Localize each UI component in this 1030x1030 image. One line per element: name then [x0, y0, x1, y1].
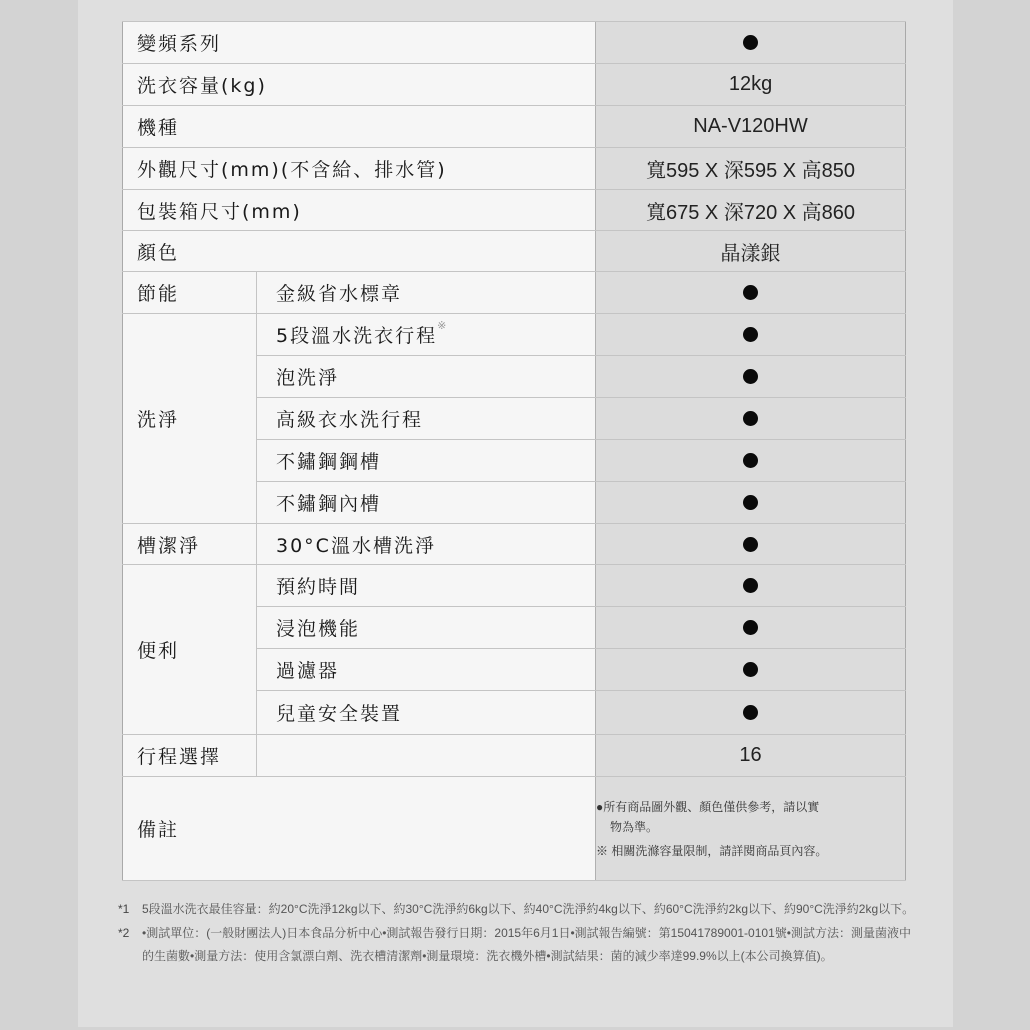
remark-line-1-cont: 物為準。: [596, 817, 905, 837]
spec-value: 16: [596, 735, 906, 777]
spec-label: 行程選擇: [123, 735, 257, 777]
dot-icon: [743, 453, 758, 468]
feature-value: [596, 565, 906, 607]
feature-label: 浸泡機能: [257, 607, 596, 649]
spec-label: 顏色: [123, 231, 596, 272]
dot-icon: [743, 285, 758, 300]
dot-icon: [743, 662, 758, 677]
spec-value: 寬675 X 深720 X 高860: [596, 190, 906, 231]
spec-row-color: 顏色 晶漾銀: [123, 231, 906, 272]
dot-icon: [743, 620, 758, 635]
spec-row-dimensions: 外觀尺寸(mm)(不含給、排水管) 寬595 X 深595 X 高850: [123, 148, 906, 190]
feature-value: [596, 607, 906, 649]
feature-row: 便利 預約時間: [123, 565, 906, 607]
feature-value: [596, 482, 906, 524]
spec-row-course-selection: 行程選擇 16: [123, 735, 906, 777]
feature-value: [596, 356, 906, 398]
footnote-2: *2 •測試單位：(一般財團法人)日本食品分析中心•測試報告發行日期：2015年…: [118, 922, 918, 969]
feature-label: 不鏽鋼內槽: [257, 482, 596, 524]
footnote-text: 5段溫水洗衣最佳容量：約20°C洗淨12kg以下、約30°C洗淨約6kg以下、約…: [142, 898, 918, 922]
spec-value: 寬595 X 深595 X 高850: [596, 148, 906, 190]
footnote-text: •測試單位：(一般財團法人)日本食品分析中心•測試報告發行日期：2015年6月1…: [142, 922, 918, 969]
dot-icon: [743, 411, 758, 426]
feature-value: [596, 524, 906, 565]
spec-row-capacity: 洗衣容量(kg) 12kg: [123, 64, 906, 106]
feature-value: [596, 314, 906, 356]
spec-row-model: 機種 NA-V120HW: [123, 106, 906, 148]
dot-icon: [743, 537, 758, 552]
feature-label: 泡洗淨: [257, 356, 596, 398]
spec-label: 洗衣容量(kg): [123, 64, 596, 106]
feature-label: 過濾器: [257, 649, 596, 691]
feature-value: [596, 649, 906, 691]
feature-label: 金級省水標章: [257, 272, 596, 314]
spec-value: 12kg: [596, 64, 906, 106]
spec-row-remarks: 備註 ●所有商品圖外觀、顏色僅供參考，請以實 物為準。 ※ 相關洗滌容量限制，請…: [123, 777, 906, 881]
feature-label: 預約時間: [257, 565, 596, 607]
spec-row-inverter-series: 變頻系列: [123, 22, 906, 64]
dot-icon: [743, 369, 758, 384]
spec-label: 外觀尺寸(mm)(不含給、排水管): [123, 148, 596, 190]
spec-row-package-dimensions: 包裝箱尺寸(mm) 寬675 X 深720 X 高860: [123, 190, 906, 231]
spec-label: 機種: [123, 106, 596, 148]
footnote-mark: *1: [118, 898, 142, 922]
footnotes: *1 5段溫水洗衣最佳容量：約20°C洗淨12kg以下、約30°C洗淨約6kg以…: [118, 898, 918, 969]
feature-value: [596, 691, 906, 735]
feature-value: [596, 398, 906, 440]
spec-table: 變頻系列 洗衣容量(kg) 12kg 機種 NA-V120HW 外觀尺寸(mm)…: [122, 21, 906, 881]
feature-row: 槽潔淨 30°C溫水槽洗淨: [123, 524, 906, 565]
feature-label: 不鏽鋼鋼槽: [257, 440, 596, 482]
dot-icon: [743, 578, 758, 593]
dot-icon: [743, 495, 758, 510]
remarks-label: 備註: [123, 777, 596, 881]
dot-icon: [743, 327, 758, 342]
feature-label: 高級衣水洗行程: [257, 398, 596, 440]
note-mark: ※: [437, 319, 446, 332]
feature-value: [596, 272, 906, 314]
remarks-value: ●所有商品圖外觀、顏色僅供參考，請以實 物為準。 ※ 相關洗滌容量限制，請詳閱商…: [596, 777, 906, 881]
feature-value: [596, 440, 906, 482]
category-energy-saving: 節能: [123, 272, 257, 314]
category-convenience: 便利: [123, 565, 257, 735]
spec-value: NA-V120HW: [596, 106, 906, 148]
spec-label: 包裝箱尺寸(mm): [123, 190, 596, 231]
remark-line-1: ●所有商品圖外觀、顏色僅供參考，請以實: [596, 797, 905, 817]
footnote-mark: *2: [118, 922, 142, 969]
feature-label: 5段溫水洗衣行程※: [257, 314, 596, 356]
feature-row: 洗淨 5段溫水洗衣行程※: [123, 314, 906, 356]
feature-label: 30°C溫水槽洗淨: [257, 524, 596, 565]
feature-row: 節能 金級省水標章: [123, 272, 906, 314]
spec-sub-empty: [257, 735, 596, 777]
remark-line-2: ※ 相關洗滌容量限制，請詳閱商品頁內容。: [596, 841, 905, 861]
dot-icon: [743, 35, 758, 50]
feature-label: 兒童安全裝置: [257, 691, 596, 735]
spec-value: [596, 22, 906, 64]
category-washing: 洗淨: [123, 314, 257, 524]
category-tub-cleaning: 槽潔淨: [123, 524, 257, 565]
footnote-1: *1 5段溫水洗衣最佳容量：約20°C洗淨12kg以下、約30°C洗淨約6kg以…: [118, 898, 918, 922]
spec-value: 晶漾銀: [596, 231, 906, 272]
dot-icon: [743, 705, 758, 720]
feature-label-text: 5段溫水洗衣行程: [276, 325, 437, 347]
spec-label: 變頻系列: [123, 22, 596, 64]
